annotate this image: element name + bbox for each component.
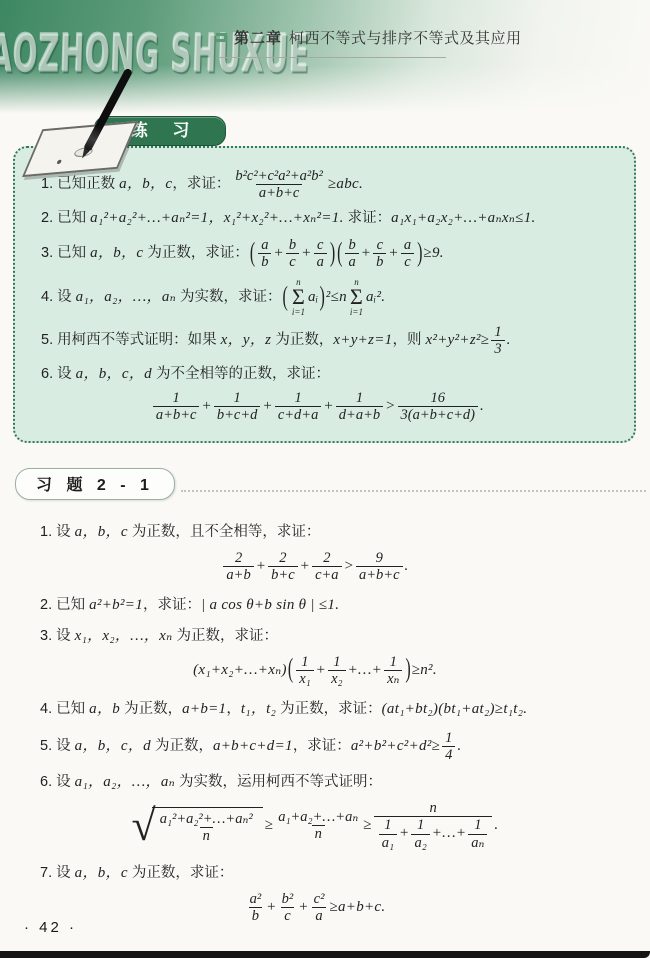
text-run: . xyxy=(480,398,484,414)
numerator: 1 xyxy=(330,654,343,670)
text-run: +…+ xyxy=(348,662,382,678)
text-run: ≥ xyxy=(265,817,274,833)
dotted-leader-line xyxy=(181,490,646,492)
text-run: 为正数，求证： xyxy=(276,701,382,717)
fraction: 1b+c+d xyxy=(214,390,261,423)
denominator: a₁ xyxy=(379,834,397,851)
denominator: a+b xyxy=(223,566,253,583)
fraction: 2c+a xyxy=(312,550,341,583)
numerator: 1 xyxy=(170,390,183,406)
text-run: + xyxy=(323,398,333,414)
fraction: n1a₁+1a₂+…+1aₙ xyxy=(374,800,493,851)
radical: √a₁²+a₂²+…+aₙ²n xyxy=(132,807,263,844)
denominator: a+b+c xyxy=(356,566,403,583)
sigma-icon: Σ xyxy=(350,287,363,308)
text-run: . xyxy=(494,817,498,833)
pen-and-paper-icon xyxy=(26,78,176,178)
sigma-icon: Σ xyxy=(292,287,305,308)
text-run: 为正数， xyxy=(271,332,333,348)
text-run: ，则 xyxy=(392,332,425,348)
denominator: xₙ xyxy=(384,670,402,687)
text-run: + xyxy=(262,398,272,414)
ps-problem-7: 7. 设 a，b，c 为正数，求证： a²b+b²c+c²a≥a+b+c. xyxy=(40,863,630,924)
text-run: 7. 设 xyxy=(40,865,75,881)
fraction: ab xyxy=(258,237,271,270)
text-run: 5. 用柯西不等式证明：如果 xyxy=(41,332,221,348)
text-run: ，求证： xyxy=(143,597,201,613)
problem-formula: 1a+b+c+1b+c+d+1c+d+a+1d+a+b>163(a+b+c+d)… xyxy=(41,390,594,423)
text-run: x+y+z=1 xyxy=(333,332,392,348)
problem-text: 6. 设 a，b，c，d 为不全相等的正数，求证： xyxy=(41,364,618,386)
text-run: 2. 已知 xyxy=(41,210,90,226)
text-run: + xyxy=(316,662,326,678)
text-run: (at₁+bt₂)(bt₁+at₂)≥t₁t₂. xyxy=(382,701,528,717)
page-number: · 42 · xyxy=(24,919,77,936)
problem-formula: 2a+b+2b+c+2c+a>9a+b+c. xyxy=(40,550,590,583)
numerator: 2 xyxy=(276,550,289,566)
text-run: + xyxy=(256,558,266,574)
text-run: > xyxy=(344,558,354,574)
numerator: a xyxy=(401,237,414,253)
text-run: + xyxy=(300,558,310,574)
numerator: 1 xyxy=(471,817,484,833)
textbook-page: GAOZHONG SHUXUE 第二章 柯西不等式与排序不等式及其应用 练 习 … xyxy=(0,0,650,958)
text-run: a₁x₁+a₂x₂+…+aₙxₙ≤1. xyxy=(391,210,535,226)
numerator: 16 xyxy=(428,390,449,406)
fraction: 9a+b+c xyxy=(356,550,403,583)
denominator: n xyxy=(312,825,325,842)
denominator: b xyxy=(258,253,271,270)
text-run: + xyxy=(273,245,283,261)
fraction: 13 xyxy=(491,324,504,357)
text-run: 为正数，求证： xyxy=(128,865,234,881)
chapter-underline xyxy=(218,57,446,58)
fraction: a₁+a₂+…+aₙn xyxy=(275,809,361,842)
denominator: d+a+b xyxy=(336,406,383,423)
text-run: ，求证： xyxy=(172,176,230,192)
text-run: + xyxy=(301,245,311,261)
big-paren: ( xyxy=(283,277,288,316)
fraction: 1a+b+c xyxy=(153,390,200,423)
ps-problem-6: 6. 设 a₁，a₂，…，aₙ 为实数，运用柯西不等式证明： √a₁²+a₂²+… xyxy=(40,772,630,850)
text-run: a，b，c，d xyxy=(75,738,151,754)
fraction: c²a xyxy=(311,891,328,924)
numerator: 1 xyxy=(442,730,455,746)
text-run: 求证： xyxy=(344,210,392,226)
text-run: a₁，a₂，…，aₙ xyxy=(75,774,175,790)
text-run: ²≤n xyxy=(326,289,347,305)
denominator: x₂ xyxy=(328,670,345,687)
big-paren: ) xyxy=(319,277,324,316)
fraction: 14 xyxy=(442,730,455,763)
text-run: 4. 设 xyxy=(41,289,76,305)
problem-text: 2. 已知 a²+b²=1，求证：| a cos θ+b sin θ | ≤1. xyxy=(40,595,630,617)
big-paren: ( xyxy=(250,234,255,273)
denominator: a xyxy=(314,253,327,270)
big-paren: ( xyxy=(337,234,342,273)
text-run: x²+y²+z²≥ xyxy=(426,332,490,348)
numerator: 1 xyxy=(381,817,394,833)
text-run: a，b，c xyxy=(75,524,128,540)
problem-text: 6. 设 a₁，a₂，…，aₙ 为实数，运用柯西不等式证明： xyxy=(40,772,630,794)
text-run: a²+b²+c²+d²≥ xyxy=(351,738,440,754)
numerator: b xyxy=(286,237,299,253)
ps-problem-4: 4. 已知 a，b 为正数，a+b=1，t₁，t₂ 为正数，求证：(at₁+bt… xyxy=(40,699,630,721)
numerator: b²c²+c²a²+a²b² xyxy=(232,168,326,184)
big-paren: ) xyxy=(330,234,335,273)
text-run: a₁²+a₂²+…+aₙ²=1，x₁²+x₂²+…+xₙ²=1. xyxy=(90,210,343,226)
problem-set-section: 习 题 2 - 1 1. 设 a，b，c 为正数，且不全相等，求证： 2a+b+… xyxy=(0,468,650,936)
problem-formula: √a₁²+a₂²+…+aₙ²n≥a₁+a₂+…+aₙn≥n1a₁+1a₂+…+1… xyxy=(40,800,590,851)
denominator: c xyxy=(281,907,293,924)
text-run: 为正数，求证： xyxy=(143,245,249,261)
text-run: 5. 设 xyxy=(40,738,75,754)
numerator: c xyxy=(374,237,386,253)
denominator: 1a₁+1a₂+…+1aₙ xyxy=(374,816,493,850)
numerator: 1 xyxy=(353,390,366,406)
chapter-header: 第二章 柯西不等式与排序不等式及其应用 xyxy=(216,27,522,48)
text-run: a₁，a₂，…，aₙ xyxy=(76,289,176,305)
exercise-problem-3: 3. 已知 a，b，c 为正数，求证：(ab+bc+ca)(ba+cb+ac)≥… xyxy=(41,237,618,270)
radicand: a₁²+a₂²+…+aₙ²n xyxy=(152,807,263,844)
denominator: a+b+c xyxy=(153,406,200,423)
text-run: ≥a+b+c. xyxy=(329,899,385,915)
exercise-problem-6: 6. 设 a，b，c，d 为不全相等的正数，求证： 1a+b+c+1b+c+d+… xyxy=(41,364,618,423)
fraction: 1a₁ xyxy=(379,817,397,850)
fraction: b²c xyxy=(279,891,297,924)
numerator: b² xyxy=(279,891,297,907)
text-run: 3. 设 xyxy=(40,628,75,644)
text-run: + xyxy=(361,245,371,261)
text-run: 为正数， xyxy=(151,738,213,754)
numerator: c xyxy=(314,237,326,253)
numerator: a xyxy=(258,237,271,253)
text-run: | a cos θ+b sin θ | ≤1. xyxy=(201,597,339,613)
fraction: b²c²+c²a²+a²b²a+b+c xyxy=(232,168,326,201)
text-run: 为实数，运用柯西不等式证明： xyxy=(175,774,382,790)
numerator: a₁²+a₂²+…+aₙ² xyxy=(157,811,256,827)
denominator: a xyxy=(345,253,358,270)
numerator: 1 xyxy=(231,390,244,406)
problem-text: 2. 已知 a₁²+a₂²+…+aₙ²=1，x₁²+x₂²+…+xₙ²=1. 求… xyxy=(41,208,618,230)
problem-text: 4. 设 a₁，a₂，…，aₙ 为实数，求证：(nΣi=1aᵢ)²≤nnΣi=1… xyxy=(41,278,618,317)
exercise-problem-4: 4. 设 a₁，a₂，…，aₙ 为实数，求证：(nΣi=1aᵢ)²≤nnΣi=1… xyxy=(41,278,618,317)
sigma-sum: nΣi=1 xyxy=(350,278,363,317)
numerator: 1 xyxy=(298,654,311,670)
denominator: aₙ xyxy=(468,834,487,851)
text-run: a，b，c xyxy=(90,245,143,261)
text-run: 为不全相等的正数，求证： xyxy=(152,366,330,382)
problem-set-header: 习 题 2 - 1 xyxy=(15,468,646,500)
text-run: (x₁+x₂+…+xₙ) xyxy=(193,662,287,678)
text-run: a+b+c+d=1 xyxy=(213,738,293,754)
fraction: a₁²+a₂²+…+aₙ²n xyxy=(157,811,256,844)
text-run: . xyxy=(507,332,511,348)
text-run: 为实数，求证： xyxy=(176,289,282,305)
denominator: 3 xyxy=(491,340,504,357)
sum-lower: i=1 xyxy=(292,308,305,317)
sum-lower: i=1 xyxy=(350,308,363,317)
fraction: a²b xyxy=(247,891,265,924)
denominator: a xyxy=(312,907,325,924)
numerator: 1 xyxy=(491,324,504,340)
text-run: +…+ xyxy=(432,825,466,841)
denominator: b xyxy=(249,907,262,924)
numerator: 2 xyxy=(320,550,333,566)
text-run: 6. 设 xyxy=(40,774,75,790)
fraction: cb xyxy=(373,237,386,270)
chapter-label: 第二章 xyxy=(234,27,282,48)
text-run: a²+b²=1 xyxy=(89,597,143,613)
denominator: c xyxy=(401,253,413,270)
big-paren: ) xyxy=(405,655,410,686)
text-run: ≥ xyxy=(363,817,372,833)
text-run: 为正数，求证： xyxy=(172,628,278,644)
fraction: ac xyxy=(401,237,414,270)
numerator: b xyxy=(345,237,358,253)
fraction: 1a₂ xyxy=(411,817,429,850)
text-run: ≥n². xyxy=(412,662,437,678)
problem-text: 3. 设 x₁，x₂，…，xₙ 为正数，求证： xyxy=(40,626,630,648)
problem-set-badge: 习 题 2 - 1 xyxy=(15,468,175,500)
fraction: 1x₁ xyxy=(296,654,313,687)
fraction: 1x₂ xyxy=(328,654,345,687)
ps-problem-5: 5. 设 a，b，c，d 为正数，a+b+c+d=1，求证：a²+b²+c²+d… xyxy=(40,730,630,763)
fraction: 1xₙ xyxy=(384,654,402,687)
big-paren: ) xyxy=(417,234,422,273)
text-run: + xyxy=(298,899,308,915)
numerator: 2 xyxy=(232,550,245,566)
fraction: 1d+a+b xyxy=(336,390,383,423)
exercise-box: 1. 已知正数 a，b，c，求证：b²c²+c²a²+a²b²a+b+c≥abc… xyxy=(13,146,636,443)
text-run: 1. 已知正数 xyxy=(41,176,119,192)
text-run: 6. 设 xyxy=(41,366,76,382)
page-bottom-edge xyxy=(0,951,650,958)
denominator: b+c xyxy=(268,566,297,583)
paper-icon xyxy=(22,121,138,177)
denominator: c+a xyxy=(312,566,341,583)
text-run: ≥9. xyxy=(423,245,443,261)
text-run: + xyxy=(266,899,276,915)
numerator: 1 xyxy=(414,817,427,833)
problem-text: 3. 已知 a，b，c 为正数，求证：(ab+bc+ca)(ba+cb+ac)≥… xyxy=(41,237,618,270)
fraction: 2a+b xyxy=(223,550,253,583)
exercise-problem-2: 2. 已知 a₁²+a₂²+…+aₙ²=1，x₁²+x₂²+…+xₙ²=1. 求… xyxy=(41,208,618,230)
problem-text: 4. 已知 a，b 为正数，a+b=1，t₁，t₂ 为正数，求证：(at₁+bt… xyxy=(40,699,630,721)
text-run: > xyxy=(385,398,395,414)
text-run: aᵢ xyxy=(308,289,318,305)
text-run: x₁，x₂，…，xₙ xyxy=(75,628,173,644)
problem-text: 1. 设 a，b，c 为正数，且不全相等，求证： xyxy=(40,522,630,544)
numerator: a₁+a₂+…+aₙ xyxy=(275,809,361,825)
ps-problem-3: 3. 设 x₁，x₂，…，xₙ 为正数，求证： (x₁+x₂+…+xₙ)(1x₁… xyxy=(40,626,630,687)
ps-problem-1: 1. 设 a，b，c 为正数，且不全相等，求证： 2a+b+2b+c+2c+a>… xyxy=(40,522,630,583)
ps-problem-2: 2. 已知 a²+b²=1，求证：| a cos θ+b sin θ | ≤1. xyxy=(40,595,630,617)
problem-formula: (x₁+x₂+…+xₙ)(1x₁+1x₂+…+1xₙ)≥n². xyxy=(40,654,590,687)
text-run: + xyxy=(388,245,398,261)
problem-set-list: 1. 设 a，b，c 为正数，且不全相等，求证： 2a+b+2b+c+2c+a>… xyxy=(40,522,630,924)
text-run: aᵢ². xyxy=(366,289,385,305)
text-run: 为正数， xyxy=(120,701,182,717)
fraction: ba xyxy=(345,237,358,270)
text-run: . xyxy=(457,738,461,754)
problem-text: 7. 设 a，b，c 为正数，求证： xyxy=(40,863,630,885)
numerator: n xyxy=(426,800,439,816)
denominator: b+c+d xyxy=(214,406,261,423)
text-run: 3. 已知 xyxy=(41,245,90,261)
fraction: bc xyxy=(286,237,299,270)
denominator: 4 xyxy=(442,746,455,763)
text-run: 1. 设 xyxy=(40,524,75,540)
text-run: 4. 已知 xyxy=(40,701,89,717)
problem-text: 5. 设 a，b，c，d 为正数，a+b+c+d=1，求证：a²+b²+c²+d… xyxy=(40,730,630,763)
text-run: 2. 已知 xyxy=(40,597,89,613)
text-run: a，b，c xyxy=(75,865,128,881)
chapter-marker-icon xyxy=(216,33,227,42)
text-run: 为正数，且不全相等，求证： xyxy=(128,524,321,540)
text-run: a+b=1 xyxy=(182,701,226,717)
fraction: 163(a+b+c+d) xyxy=(398,390,478,423)
denominator: n xyxy=(200,827,213,844)
text-run: a，b，c，d xyxy=(76,366,152,382)
sigma-sum: nΣi=1 xyxy=(292,278,305,317)
denominator: c xyxy=(286,253,298,270)
text-run: x，y，z xyxy=(221,332,272,348)
denominator: 3(a+b+c+d) xyxy=(398,406,478,423)
text-run: + xyxy=(399,825,409,841)
chapter-title: 柯西不等式与排序不等式及其应用 xyxy=(289,27,522,48)
numerator: 1 xyxy=(387,654,400,670)
numerator: c² xyxy=(311,891,328,907)
numerator: a² xyxy=(247,891,265,907)
exercise-problem-5: 5. 用柯西不等式证明：如果 x，y，z 为正数，x+y+z=1，则 x²+y²… xyxy=(41,324,618,357)
text-run: ≥abc. xyxy=(328,176,363,192)
text-run: t₁，t₂ xyxy=(241,701,276,717)
text-run: ， xyxy=(226,701,241,717)
problem-text: 5. 用柯西不等式证明：如果 x，y，z 为正数，x+y+z=1，则 x²+y²… xyxy=(41,324,618,357)
big-paren: ( xyxy=(288,655,293,686)
fraction: ca xyxy=(314,237,327,270)
problem-formula: a²b+b²c+c²a≥a+b+c. xyxy=(40,891,590,924)
numerator: 1 xyxy=(291,390,304,406)
numerator: 9 xyxy=(373,550,386,566)
fraction: 1c+d+a xyxy=(275,390,322,423)
text-run: ，求证： xyxy=(293,738,351,754)
fraction: 1aₙ xyxy=(468,817,487,850)
denominator: c+d+a xyxy=(275,406,322,423)
text-run: + xyxy=(201,398,211,414)
text-run: a，b xyxy=(89,701,120,717)
fraction: 2b+c xyxy=(268,550,297,583)
text-run: . xyxy=(405,558,409,574)
denominator: x₁ xyxy=(296,670,313,687)
text-run: a，b，c xyxy=(119,176,172,192)
denominator: a+b+c xyxy=(256,184,303,201)
denominator: b xyxy=(373,253,386,270)
denominator: a₂ xyxy=(411,834,429,851)
